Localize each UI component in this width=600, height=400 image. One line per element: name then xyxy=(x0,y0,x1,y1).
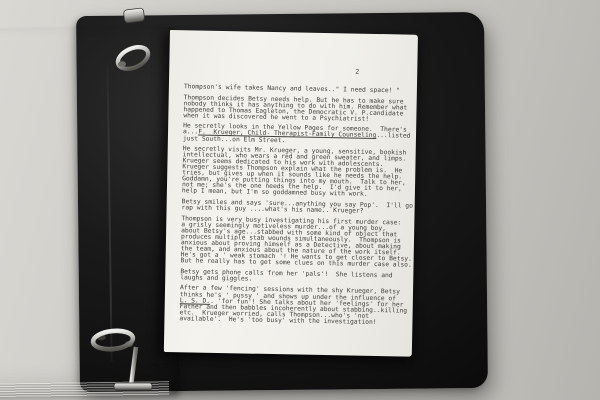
paragraph: Thompson's wife takes Nancy and leaves..… xyxy=(184,84,410,94)
document-page: 2 Thompson's wife takes Nancy and leaves… xyxy=(164,30,418,357)
paragraph: After a few 'fencing' sessions with the … xyxy=(179,286,406,327)
page-text: Thompson's wife takes Nancy and leaves..… xyxy=(179,84,410,326)
paragraph: Thompson is very busy investigating his … xyxy=(181,216,408,269)
page-number: 2 xyxy=(355,68,359,76)
paragraph: Thompson decides Betsy needs help. But h… xyxy=(183,95,409,124)
paragraph: Betsy gets phone calls from her 'pals'! … xyxy=(180,269,406,285)
paragraph: He secretly visits Mr. Krueger, a young,… xyxy=(182,146,409,199)
paragraph: He secretly looks in the Yellow Pages fo… xyxy=(183,124,409,146)
paragraph: Betsy smiles and says 'sure...anything y… xyxy=(182,199,408,215)
photo-scene: 2 Thompson's wife takes Nancy and leaves… xyxy=(0,0,600,400)
page-stack-left xyxy=(0,27,179,398)
